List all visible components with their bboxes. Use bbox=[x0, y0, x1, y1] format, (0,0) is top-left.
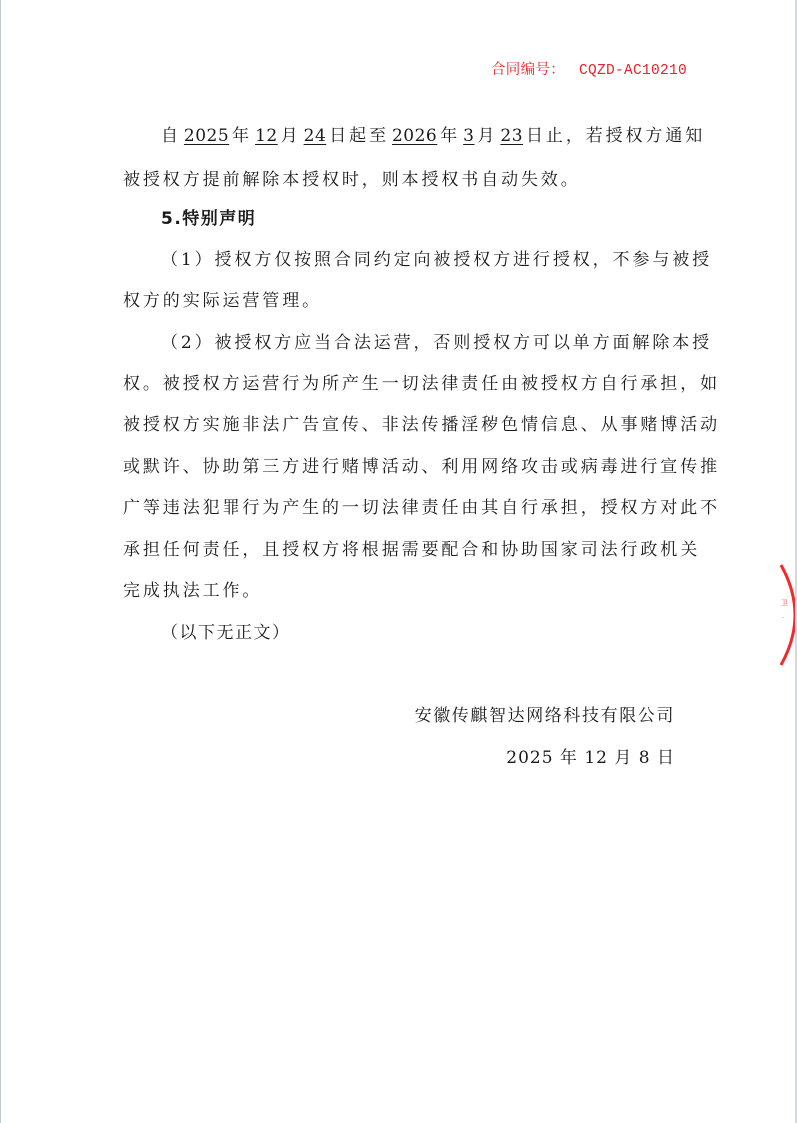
month-char: 月 bbox=[477, 126, 497, 146]
svg-text:·: · bbox=[782, 615, 784, 622]
year-char: 年 bbox=[440, 126, 460, 146]
signature-company: 安徽传麒智达网络科技有限公司 bbox=[415, 704, 675, 728]
month-char: 月 bbox=[281, 126, 301, 146]
term-line-1: 自2025年12月24日起至2026年3月23日止，若授权方通知 bbox=[161, 124, 716, 148]
clause-2-line-1: （2）被授权方应当合法运营，否则授权方可以单方面解除本授 bbox=[161, 331, 716, 355]
clause-2-line-2: 权。被授权方运营行为所产生一切法律责任由被授权方自行承担，如 bbox=[123, 372, 678, 396]
document-page: 合同编号：CQZD-AC10210 自2025年12月24日起至2026年3月2… bbox=[0, 0, 797, 1123]
clause-1-line-2: 权方的实际运营管理。 bbox=[123, 289, 678, 313]
start-year: 2025 bbox=[181, 126, 232, 146]
end-of-text-note: （以下无正文） bbox=[161, 621, 716, 645]
clause-2-line-7: 完成执法工作。 bbox=[123, 579, 678, 603]
svg-text:卫: 卫 bbox=[781, 599, 788, 607]
contract-number-header: 合同编号：CQZD-AC10210 bbox=[491, 58, 687, 79]
start-month: 12 bbox=[252, 126, 281, 146]
term-mid: 日起至 bbox=[329, 126, 389, 146]
section-5-title: 5.特别声明 bbox=[161, 207, 716, 231]
company-seal-fragment: 卫 · bbox=[741, 560, 797, 670]
contract-number-label: 合同编号： bbox=[491, 62, 565, 78]
end-year: 2026 bbox=[389, 126, 440, 146]
clause-1-line-1: （1）授权方仅按照合同约定向被授权方进行授权，不参与被授 bbox=[161, 248, 716, 272]
year-char: 年 bbox=[232, 126, 252, 146]
start-day: 24 bbox=[301, 126, 330, 146]
clause-2-line-4: 或默许、协助第三方进行赌博活动、利用网络攻击或病毒进行宣传推 bbox=[123, 455, 678, 479]
signature-date: 2025 年 12 月 8 日 bbox=[506, 746, 675, 770]
clause-2-line-5: 广等违法犯罪行为产生的一切法律责任由其自行承担，授权方对此不 bbox=[123, 496, 678, 520]
end-month: 3 bbox=[460, 126, 477, 146]
end-day: 23 bbox=[497, 126, 526, 146]
term-line-2: 被授权方提前解除本授权时，则本授权书自动失效。 bbox=[123, 168, 678, 192]
term-suffix: 日止，若授权方通知 bbox=[526, 126, 705, 146]
clause-2-line-3: 被授权方实施非法广告宣传、非法传播淫秽色情信息、从事赌博活动 bbox=[123, 413, 678, 437]
clause-2-line-6: 承担任何责任，且授权方将根据需要配合和协助国家司法行政机关 bbox=[123, 538, 678, 562]
contract-number-value: CQZD-AC10210 bbox=[579, 63, 687, 79]
term-prefix: 自 bbox=[161, 126, 181, 146]
